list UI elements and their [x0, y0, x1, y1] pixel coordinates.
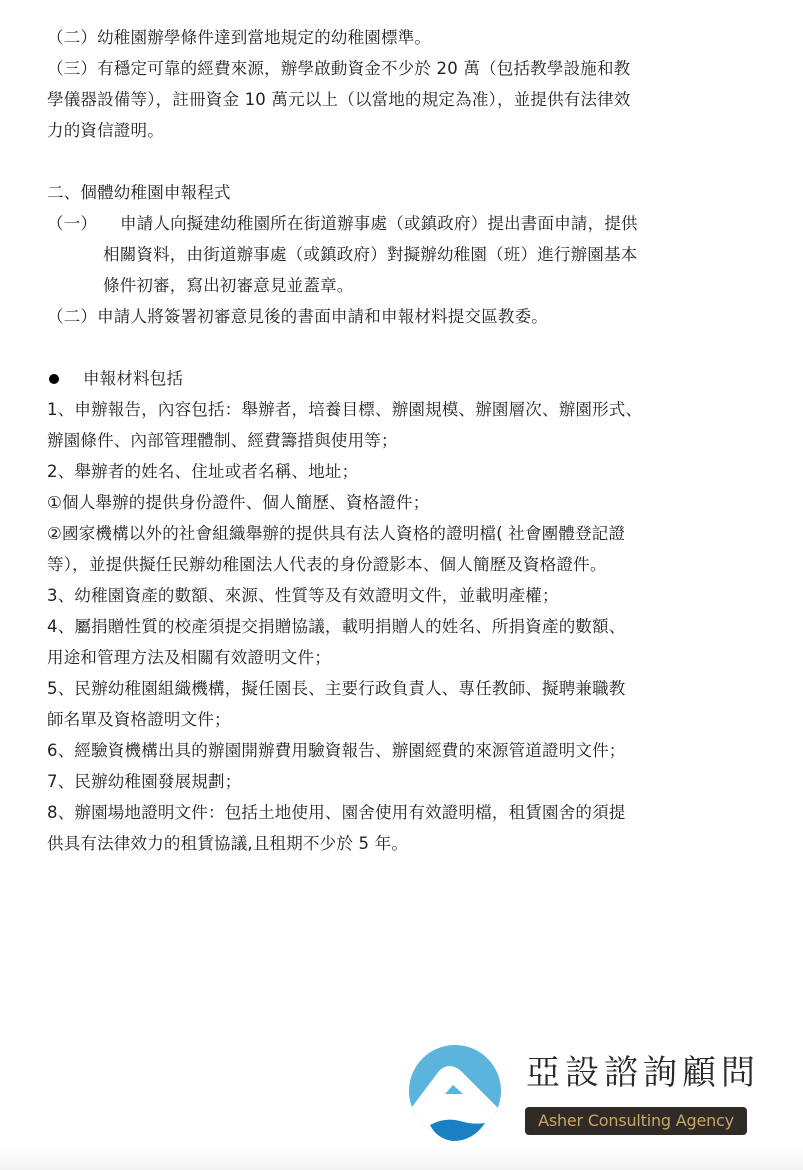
procedure-item-1: （一） 申請人向擬建幼稚園所在街道辦事處（或鎮政府）提出書面申請，提供 — [47, 208, 687, 239]
mountain-wave-circle-icon — [405, 1045, 505, 1145]
condition-3-line-1: （三）有穩定可靠的經費來源，辦學啟動資金不少於 20 萬（包括教學設施和教 — [47, 53, 687, 84]
spacer — [47, 332, 687, 363]
materials-heading: 申報材料包括 — [47, 363, 687, 394]
materials-heading-text: 申報材料包括 — [83, 363, 183, 394]
condition-2: （二）幼稚園辦學條件達到當地規定的幼稚園標準。 — [47, 22, 687, 53]
document-body: （二）幼稚園辦學條件達到當地規定的幼稚園標準。 （三）有穩定可靠的經費來源，辦學… — [47, 22, 687, 859]
materials-line: ②國家機構以外的社會組織舉辦的提供具有法人資格的證明檔( 社會團體登記證 — [47, 518, 687, 549]
materials-line: 4、屬捐贈性質的校產須提交捐贈協議，載明捐贈人的姓名、所捐資產的數額、 — [47, 611, 687, 642]
materials-line: 6、經驗資機構出具的辦園開辦費用驗資報告、辦園經費的來源管道證明文件； — [47, 735, 687, 766]
materials-line: ①個人舉辦的提供身份證件、個人簡歷、資格證件； — [47, 487, 687, 518]
procedure-item-2: （二）申請人將簽署初審意見後的書面申請和申報材料提交區教委。 — [47, 301, 687, 332]
materials-line: 師名單及資格證明文件； — [47, 704, 687, 735]
materials-line: 3、幼稚園資產的數額、來源、性質等及有效證明文件，並載明產權； — [47, 580, 687, 611]
materials-line: 等），並提供擬任民辦幼稚園法人代表的身份證影本、個人簡歷及資格證件。 — [47, 549, 687, 580]
materials-line: 2、舉辦者的姓名、住址或者名稱、地址； — [47, 456, 687, 487]
company-logo: 亞設諮詢顧問 Asher Consulting Agency — [405, 1045, 755, 1145]
bottom-shade — [0, 1148, 803, 1170]
spacer — [47, 146, 687, 177]
logo-name-chinese: 亞設諮詢顧問 — [526, 1053, 760, 1093]
materials-line: 用途和管理方法及相關有效證明文件； — [47, 642, 687, 673]
materials-line: 辦園條件、內部管理體制、經費籌措與使用等； — [47, 425, 687, 456]
procedure-item-1-line-3: 條件初審，寫出初審意見並蓋章。 — [47, 270, 687, 301]
materials-line: 5、民辦幼稚園組織機構，擬任園長、主要行政負責人、專任教師、擬聘兼職教 — [47, 673, 687, 704]
section-2-heading: 二、個體幼稚園申報程式 — [47, 177, 687, 208]
logo-name-english-badge: Asher Consulting Agency — [525, 1107, 747, 1135]
bullet-icon — [49, 374, 59, 384]
materials-line: 7、民辦幼稚園發展規劃； — [47, 766, 687, 797]
condition-3-line-3: 力的資信證明。 — [47, 115, 687, 146]
materials-line: 1、申辦報告，內容包括：舉辦者，培養目標、辦園規模、辦園層次、辦園形式、 — [47, 394, 687, 425]
procedure-item-1-marker: （一） — [47, 208, 120, 239]
procedure-item-1-line-1: 申請人向擬建幼稚園所在街道辦事處（或鎮政府）提出書面申請，提供 — [120, 208, 638, 239]
condition-3-line-2: 學儀器設備等），註冊資金 10 萬元以上（以當地的規定為准），並提供有法律效 — [47, 84, 687, 115]
materials-line: 供具有法律效力的租賃協議,且租期不少於 5 年。 — [47, 828, 687, 859]
procedure-item-1-line-2: 相關資料，由街道辦事處（或鎮政府）對擬辦幼稚園（班）進行辦園基本 — [47, 239, 687, 270]
materials-line: 8、辦園場地證明文件：包括土地使用、園舍使用有效證明檔，租賃園舍的須提 — [47, 797, 687, 828]
